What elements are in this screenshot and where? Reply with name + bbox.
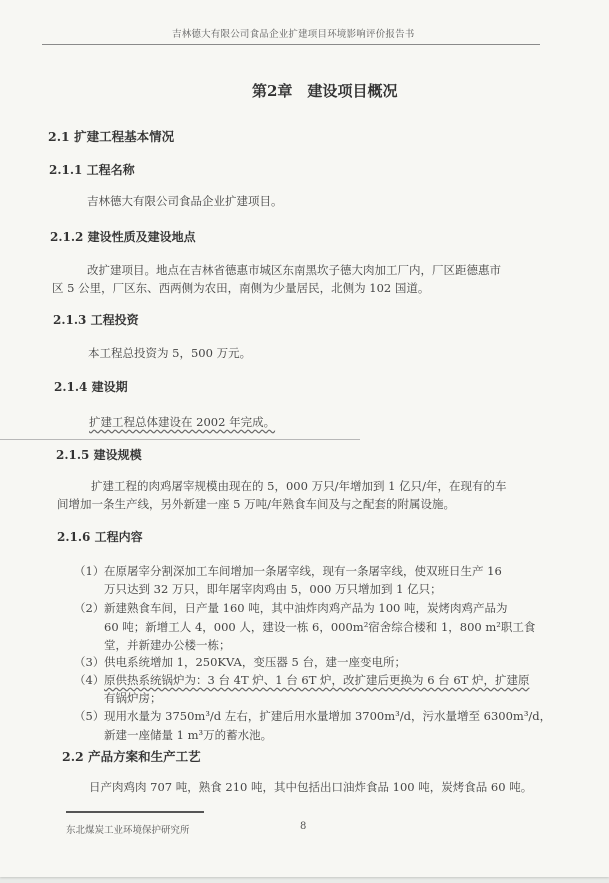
list-item-number: （3） <box>74 654 104 670</box>
section-2-1-4-body: 扩建工程总体建设在 2002 年完成。 <box>89 414 275 430</box>
list-item-3-line1: 供电系统增加 1，250KVA，变压器 5 台，建一座变电所； <box>104 654 406 670</box>
scan-divider-line <box>0 439 360 440</box>
list-item-5-line2: 新建一座储量 1 m³万的蓄水池。 <box>104 727 272 743</box>
chapter-title: 第2章 建设项目概况 <box>252 80 397 101</box>
section-2-1-2-body-line2: 区 5 公里，厂区东、西两侧为农田，南侧为少量居民，北侧为 102 国道。 <box>52 280 429 296</box>
section-2-1-5-heading: 2.1.5 建设规模 <box>56 446 142 463</box>
list-item-2-line2: 60 吨；新增工人 4，000 人，建设一栋 6，000m²宿舍综合楼和 1，8… <box>104 619 535 635</box>
section-2-1-3-body: 本工程总投资为 5，500 万元。 <box>88 345 251 361</box>
running-header: 吉林德大有限公司食品企业扩建项目环境影响评价报告书 <box>172 26 415 40</box>
list-item-number: （5） <box>74 708 104 724</box>
list-item-4-line2: 有锅炉房； <box>104 690 162 706</box>
list-item-2-line3: 堂，并新建办公楼一栋； <box>104 637 231 653</box>
section-2-1-1-body: 吉林德大有限公司食品企业扩建项目。 <box>87 193 283 209</box>
section-2-1-2-heading: 2.1.2 建设性质及建设地点 <box>50 228 196 245</box>
section-2-1-3-heading: 2.1.3 工程投资 <box>53 311 139 328</box>
footer-divider <box>66 811 204 813</box>
list-item-2-line1: 新建熟食车间，日产量 160 吨，其中油炸肉鸡产品为 100 吨，炭烤肉鸡产品为 <box>104 600 508 616</box>
list-item-number: （1） <box>74 563 104 579</box>
section-2-1-5-body-line1: 扩建工程的肉鸡屠宰规模由现在的 5，000 万只/年增加到 1 亿只/年，在现有… <box>91 478 506 494</box>
section-2-2-heading: 2.2 产品方案和生产工艺 <box>62 747 201 765</box>
header-divider <box>42 44 540 45</box>
section-2-1-heading: 2.1 扩建工程基本情况 <box>48 127 174 145</box>
list-item-number: （2） <box>74 600 104 616</box>
page-number: 8 <box>300 821 306 832</box>
section-2-1-4-heading: 2.1.4 建设期 <box>54 378 128 395</box>
list-item-5-line1: 现用水量为 3750m³/d 左右，扩建后用水量增加 3700m³/d，污水量增… <box>104 708 551 724</box>
section-2-1-5-body-line2: 间增加一条生产线，另外新建一座 5 万吨/年熟食车间及与之配套的附属设施。 <box>57 496 455 512</box>
list-item-1-line2: 万只达到 32 万只，即年屠宰肉鸡由 5，000 万只增加到 1 亿只； <box>104 581 442 597</box>
list-item-number: （4） <box>74 672 104 688</box>
list-item-4-line1: 原供热系统锅炉为：3 台 4T 炉、1 台 6T 炉，改扩建后更换为 6 台 6… <box>104 672 529 688</box>
document-page: 吉林德大有限公司食品企业扩建项目环境影响评价报告书 第2章 建设项目概况 2.1… <box>0 0 609 877</box>
footer-organization: 东北煤炭工业环境保护研究所 <box>66 822 190 836</box>
list-item-1-line1: 在原屠宰分割深加工车间增加一条屠宰线，现有一条屠宰线，使双班日生产 16 <box>104 563 502 579</box>
section-2-1-2-body-line1: 改扩建项目。地点在吉林省德惠市城区东南黑坎子德大肉加工厂内，厂区距德惠市 <box>87 262 501 278</box>
section-2-1-1-heading: 2.1.1 工程名称 <box>49 161 135 178</box>
section-2-2-body: 日产肉鸡肉 707 吨，熟食 210 吨，其中包括出口油炸食品 100 吨，炭烤… <box>89 779 532 795</box>
section-2-1-6-heading: 2.1.6 工程内容 <box>57 528 143 545</box>
